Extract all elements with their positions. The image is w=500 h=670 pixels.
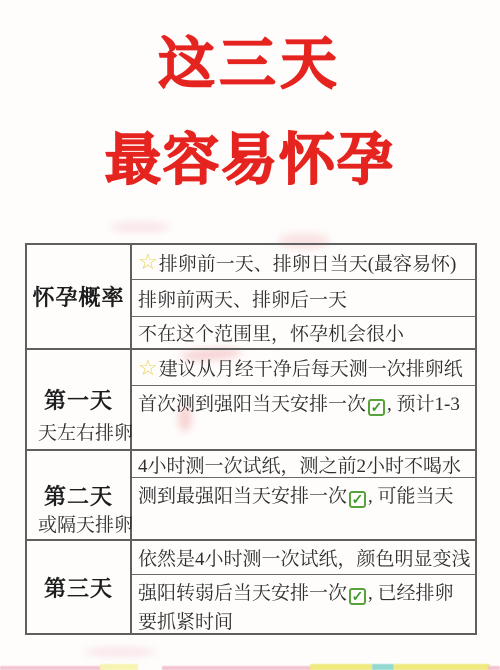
table-group-day1: 第一天 ☆ 建议从月经干净后每天测一次排卵纸 首次测到强阳当天安排一次✓, 预计…: [27, 348, 475, 449]
main-title-line2: 最容易怀孕: [0, 116, 500, 196]
table-group-day2: 第二天 4小时测一次试纸，测之前2小时不喝水 测到最强阳当天安排一次✓, 可能当…: [27, 449, 475, 539]
cell-text: 4小时测一次试纸，测之前2小时不喝水: [138, 451, 461, 478]
cell-text: 排卵前一天、排卵日当天(最容易怀): [159, 249, 457, 276]
table-row: 测到最强阳当天安排一次✓, 可能当天 或隔天排卵: [132, 477, 475, 539]
table-row: 排卵前两天、排卵后一天: [132, 279, 475, 316]
cell-line1: 强阳转弱后当天安排一次✓, 已经排卵: [138, 583, 454, 604]
cell-text: , 可能当天: [368, 486, 454, 507]
cell-text: 首次测到强阳当天安排一次: [138, 394, 366, 415]
cell-line1: 测到最强阳当天安排一次✓, 可能当天: [138, 486, 454, 507]
decor-strip-segment: [394, 664, 490, 670]
watermark-smudge: [110, 222, 170, 232]
table-row: 强阳转弱后当天安排一次✓, 已经排卵 要抓紧时间: [132, 574, 475, 633]
row-label-day3: 第三天: [27, 541, 132, 633]
table-row: 依然是4小时测一次试纸，颜色明显变浅: [132, 541, 475, 574]
cell-text: , 已经排卵: [368, 583, 454, 604]
decor-strip: [0, 662, 500, 670]
decor-strip-segment: [310, 664, 372, 670]
cell-line2-overflow: 或隔天排卵: [38, 511, 475, 540]
decor-strip-segment: [488, 666, 500, 670]
cell-text: 强阳转弱后当天安排一次: [138, 583, 347, 604]
fertility-table: 怀孕概率 ☆ 排卵前一天、排卵日当天(最容易怀) 排卵前两天、排卵后一天 不在这…: [25, 243, 477, 635]
main-title-line1: 这三天: [0, 20, 500, 100]
cell-line1: 首次测到强阳当天安排一次✓, 预计1-3: [138, 394, 460, 415]
table-row: ☆ 排卵前一天、排卵日当天(最容易怀): [132, 245, 475, 279]
table-group-day3: 第三天 依然是4小时测一次试纸，颜色明显变浅 强阳转弱后当天安排一次✓, 已经排…: [27, 539, 475, 633]
star-icon: ☆: [138, 357, 158, 379]
row-label-probability: 怀孕概率: [27, 245, 132, 348]
table-row: 首次测到强阳当天安排一次✓, 预计1-3 天左右排卵: [132, 385, 475, 449]
cell-text: 测到最强阳当天安排一次: [138, 486, 347, 507]
cell-text: 不在这个范围里，怀孕机会很小: [138, 319, 404, 346]
cell-line2-overflow: 天左右排卵: [38, 419, 475, 448]
checkbox-check-icon: ✓: [349, 491, 366, 508]
star-icon: ☆: [138, 251, 158, 273]
cell-line2: 要抓紧时间: [138, 608, 475, 637]
decor-strip-segment: [0, 666, 104, 670]
watermark-smudge: [84, 648, 156, 656]
decor-strip-segment: [100, 664, 138, 670]
cell-text: , 预计1-3: [387, 394, 460, 415]
cell-text: 依然是4小时测一次试纸，颜色明显变浅: [138, 544, 471, 571]
checkbox-check-icon: ✓: [349, 588, 366, 605]
checkbox-check-icon: ✓: [368, 399, 385, 416]
table-group-probability: 怀孕概率 ☆ 排卵前一天、排卵日当天(最容易怀) 排卵前两天、排卵后一天 不在这…: [27, 245, 475, 348]
decor-strip-segment: [162, 666, 312, 670]
cell-text: 排卵前两天、排卵后一天: [138, 285, 347, 312]
decor-strip-segment: [372, 664, 394, 670]
table-row: 4小时测一次试纸，测之前2小时不喝水: [132, 451, 475, 477]
table-row: ☆ 建议从月经干净后每天测一次排卵纸: [132, 350, 475, 385]
table-row: 不在这个范围里，怀孕机会很小: [132, 316, 475, 348]
infographic-page: 这三天 最容易怀孕 怀孕概率 ☆ 排卵前一天、排卵日当天(最容易怀) 排卵前两天…: [0, 0, 500, 670]
cell-text: 建议从月经干净后每天测一次排卵纸: [159, 354, 463, 381]
